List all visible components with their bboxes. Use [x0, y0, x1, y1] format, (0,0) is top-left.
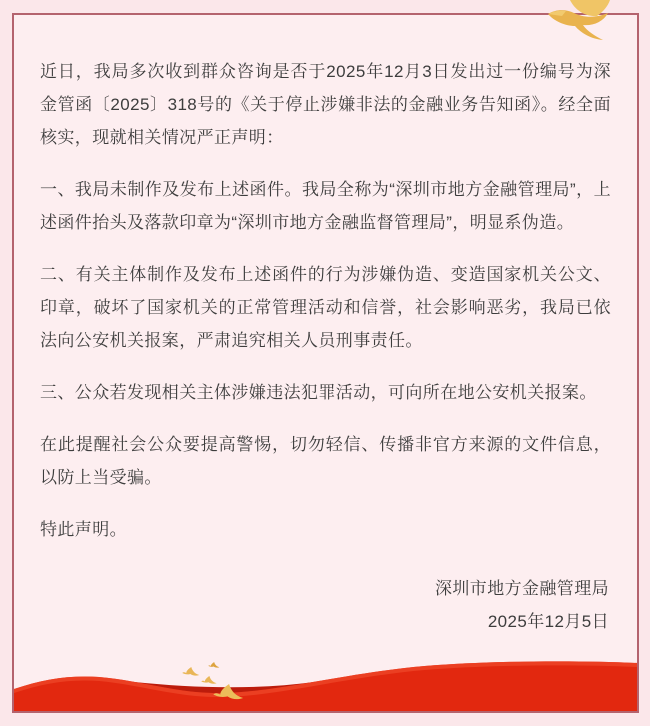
signature-org: 深圳市地方金融管理局 — [40, 572, 609, 605]
notice-poster: 近日，我局多次收到群众咨询是否于2025年12月3日发出过一份编号为深金管函〔2… — [0, 0, 650, 726]
statement-body: 近日，我局多次收到群众咨询是否于2025年12月3日发出过一份编号为深金管函〔2… — [40, 55, 611, 638]
dove-icon — [542, 0, 620, 40]
statement-intro-paragraph: 近日，我局多次收到群众咨询是否于2025年12月3日发出过一份编号为深金管函〔2… — [40, 55, 611, 154]
signature-block: 深圳市地方金融管理局 2025年12月5日 — [40, 572, 611, 638]
statement-item-2: 二、有关主体制作及发布上述函件的行为涉嫌伪造、变造国家机关公文、印章，破坏了国家… — [40, 258, 611, 357]
notice-frame: 近日，我局多次收到群众咨询是否于2025年12月3日发出过一份编号为深金管函〔2… — [12, 13, 639, 713]
signature-date: 2025年12月5日 — [40, 605, 609, 638]
statement-warning-paragraph: 在此提醒社会公众要提高警惕，切勿轻信、传播非官方来源的文件信息，以防上当受骗。 — [40, 428, 611, 494]
statement-item-1: 一、我局未制作及发布上述函件。我局全称为“深圳市地方金融管理局”，上述函件抬头及… — [40, 173, 611, 239]
statement-closing: 特此声明。 — [40, 513, 611, 546]
bottom-wave-decoration — [14, 647, 637, 711]
statement-item-3: 三、公众若发现相关主体涉嫌违法犯罪活动，可向所在地公安机关报案。 — [40, 376, 611, 409]
